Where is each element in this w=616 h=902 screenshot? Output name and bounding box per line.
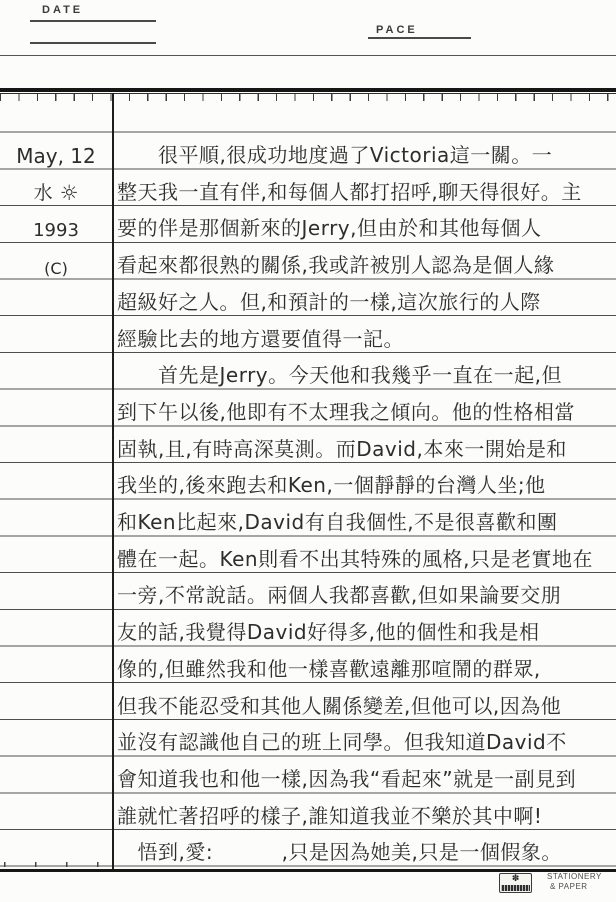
journal-line: 要的伴是那個新來的Jerry,但由於和其他每個人 [117, 206, 614, 243]
logo-brand-strip [501, 885, 530, 891]
page-top-edge [0, 88, 616, 92]
brand-text: STATIONERY & PAPER [547, 872, 602, 892]
journal-line: 誰就忙著招呼的樣子,誰知道我並不樂於其中啊! [117, 794, 614, 831]
date-fill-line-1 [30, 20, 156, 22]
date-fill-line-2 [30, 42, 156, 44]
journal-line: 並沒有認識他自己的班上同學。但我知道David不 [117, 720, 614, 757]
stationery-logo: ✽ [499, 873, 532, 893]
journal-line: 會知道我也和他一樣,因為我“看起來”就是一副見到 [117, 757, 614, 794]
margin-mark: (C) [0, 243, 112, 280]
margin-weather: 水 ☼ [0, 170, 112, 207]
journal-line: 我坐的,後來跑去和Ken,一個靜靜的台灣人坐;他 [117, 463, 614, 500]
journal-line: 很平順,很成功地度過了Victoria這一關。一 [117, 133, 614, 170]
notebook-page: DATE PACE May, 12 水 ☼ 1993 (C) 很平順,很成功地度… [0, 0, 616, 902]
weather-text: 水 [34, 178, 53, 205]
journal-line: 看起來都很熟的關係,我或許被別人認為是個人緣 [117, 243, 614, 280]
margin-year: 1993 [0, 206, 112, 243]
journal-line: 首先是Jerry。今天他和我幾乎一直在一起,但 [117, 353, 614, 390]
page-bottom-edge [0, 869, 616, 873]
journal-line: 到下午以後,他即有不太理我之傾向。他的性格相當 [117, 390, 614, 427]
journal-line: 固執,且,有時高深莫測。而David,本來一開始是和 [117, 427, 614, 464]
journal-line: 悟到,愛: ,只是因為她美,只是一個假象。 [117, 830, 614, 867]
bottom-perforation-ticks [4, 862, 112, 867]
sun-icon: ☼ [60, 181, 79, 205]
journal-line: 超級好之人。但,和預計的一樣,這次旅行的人際 [117, 280, 614, 317]
journal-line: 整天我一直有伴,和每個人都打招呼,聊天得很好。主 [117, 170, 614, 207]
margin-divider-line [112, 93, 114, 871]
journal-line: 一旁,不常說話。兩個人我都喜歡,但如果論要交朋 [117, 573, 614, 610]
journal-line: 但我不能忍受和其他人關係變差,但他可以,因為他 [117, 684, 614, 721]
date-label: DATE [42, 4, 83, 16]
margin-date: May, 12 [0, 133, 112, 170]
journal-line: 和Ken比起來,David有自我個性,不是很喜歡和團 [117, 500, 614, 537]
page-label: PACE [376, 24, 418, 36]
plant-icon: ✽ [500, 875, 531, 884]
journal-line: 體在一起。Ken則看不出其特殊的風格,只是老實地在 [117, 537, 614, 574]
page-fill-line [368, 37, 471, 39]
header-divider-line [0, 55, 616, 56]
brand-line-1: STATIONERY [547, 872, 602, 882]
journal-line: 經驗比去的地方還要值得一記。 [117, 317, 614, 354]
brand-line-2: & PAPER [547, 882, 602, 892]
journal-line: 像的,但雖然我和他一樣喜歡遠離那喧鬧的群眾, [117, 647, 614, 684]
journal-line: 友的話,我覺得David好得多,他的個性和我是相 [117, 610, 614, 647]
